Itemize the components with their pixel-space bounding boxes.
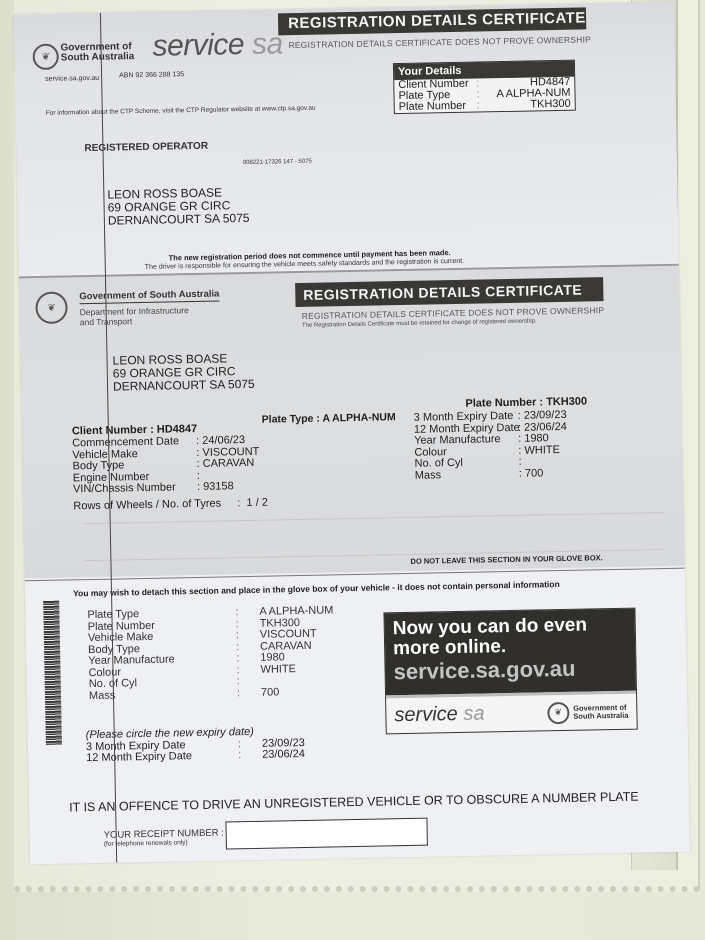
gov-logo-text: Government of South Australia bbox=[60, 42, 134, 63]
plate-type: Plate Type : A ALPHA-NUM bbox=[262, 411, 396, 426]
promo-url: service.sa.gov.au bbox=[393, 655, 627, 685]
gov-name: Government of South Australia bbox=[79, 289, 219, 305]
offence-warning: IT IS AN OFFENCE TO DRIVE AN UNREGISTERE… bbox=[69, 790, 639, 815]
ctp-info: For information about the CTP Scheme, vi… bbox=[46, 105, 316, 117]
abn-text: ABN 92 366 288 135 bbox=[119, 71, 184, 79]
registration-certificate: ❦ Government of South Australia service … bbox=[14, 2, 690, 865]
gov-logo: ❦ Government of South Australia bbox=[547, 700, 629, 724]
sa-crest-icon: ❦ bbox=[547, 701, 569, 723]
expiry-dates: (Please circle the new expiry date) 3 Mo… bbox=[86, 726, 305, 765]
certificate-title: REGISTRATION DETAILS CERTIFICATE bbox=[295, 277, 603, 307]
website-text: service.sa.gov.au bbox=[45, 75, 99, 83]
renewal-notice-section: ❦ Government of South Australia service … bbox=[14, 2, 679, 275]
sa-crest-icon: ❦ bbox=[32, 44, 58, 70]
service-sa-logo: service sa bbox=[152, 27, 283, 63]
service-sa-logo: service sa bbox=[394, 703, 484, 728]
receipt-number-label: YOUR RECEIPT NUMBER : (for telephone ren… bbox=[104, 828, 225, 848]
operator-address: LEON ROSS BOASE 69 ORANGE GR CIRC DERNAN… bbox=[112, 352, 254, 394]
promo-footer: service sa ❦ Government of South Austral… bbox=[386, 691, 637, 734]
operator-address: LEON ROSS BOASE 69 ORANGE GR CIRC DERNAN… bbox=[107, 186, 249, 228]
glovebox-warning: DO NOT LEAVE THIS SECTION IN YOUR GLOVE … bbox=[410, 553, 602, 566]
service-sa-promo: Now you can do even more online. service… bbox=[383, 608, 637, 735]
certificate-subtitle: REGISTRATION DETAILS CERTIFICATE DOES NO… bbox=[288, 34, 591, 50]
certificate-section: ❦ Government of South Australia Departme… bbox=[19, 264, 685, 579]
vehicle-details-left: Commencement Date: 24/06/23 Vehicle Make… bbox=[72, 435, 260, 496]
receipt-number-field[interactable] bbox=[225, 818, 428, 850]
department-name: Department for Infrastructure and Transp… bbox=[80, 305, 190, 327]
barcode bbox=[43, 601, 62, 745]
reference-code: 008221-17326 147 - 5075 bbox=[243, 159, 312, 166]
certificate-title: REGISTRATION DETAILS CERTIFICATE bbox=[278, 7, 586, 35]
glovebox-vehicle-details: Plate Type:A ALPHA-NUM Plate Number:TKH3… bbox=[87, 605, 335, 702]
promo-banner: Now you can do even more online. service… bbox=[384, 609, 636, 696]
detach-note: You may wish to detach this section and … bbox=[73, 579, 560, 598]
certificate-subtitle: REGISTRATION DETAILS CERTIFICATE DOES NO… bbox=[302, 305, 605, 321]
sa-crest-icon: ❦ bbox=[35, 291, 68, 324]
plate-number: Plate Number : TKH300 bbox=[465, 395, 587, 409]
your-details-box: Your Details Client Number:HD4847 Plate … bbox=[393, 60, 576, 114]
glovebox-section: You may wish to detach this section and … bbox=[25, 568, 690, 865]
wheels-tyres-row: Rows of Wheels / No. of Tyres: 1 / 2 bbox=[73, 498, 268, 513]
details-row: Plate Number:TKH300 bbox=[395, 99, 575, 113]
vehicle-details-right: 3 Month Expiry Date: 23/09/23 12 Month E… bbox=[414, 410, 568, 482]
